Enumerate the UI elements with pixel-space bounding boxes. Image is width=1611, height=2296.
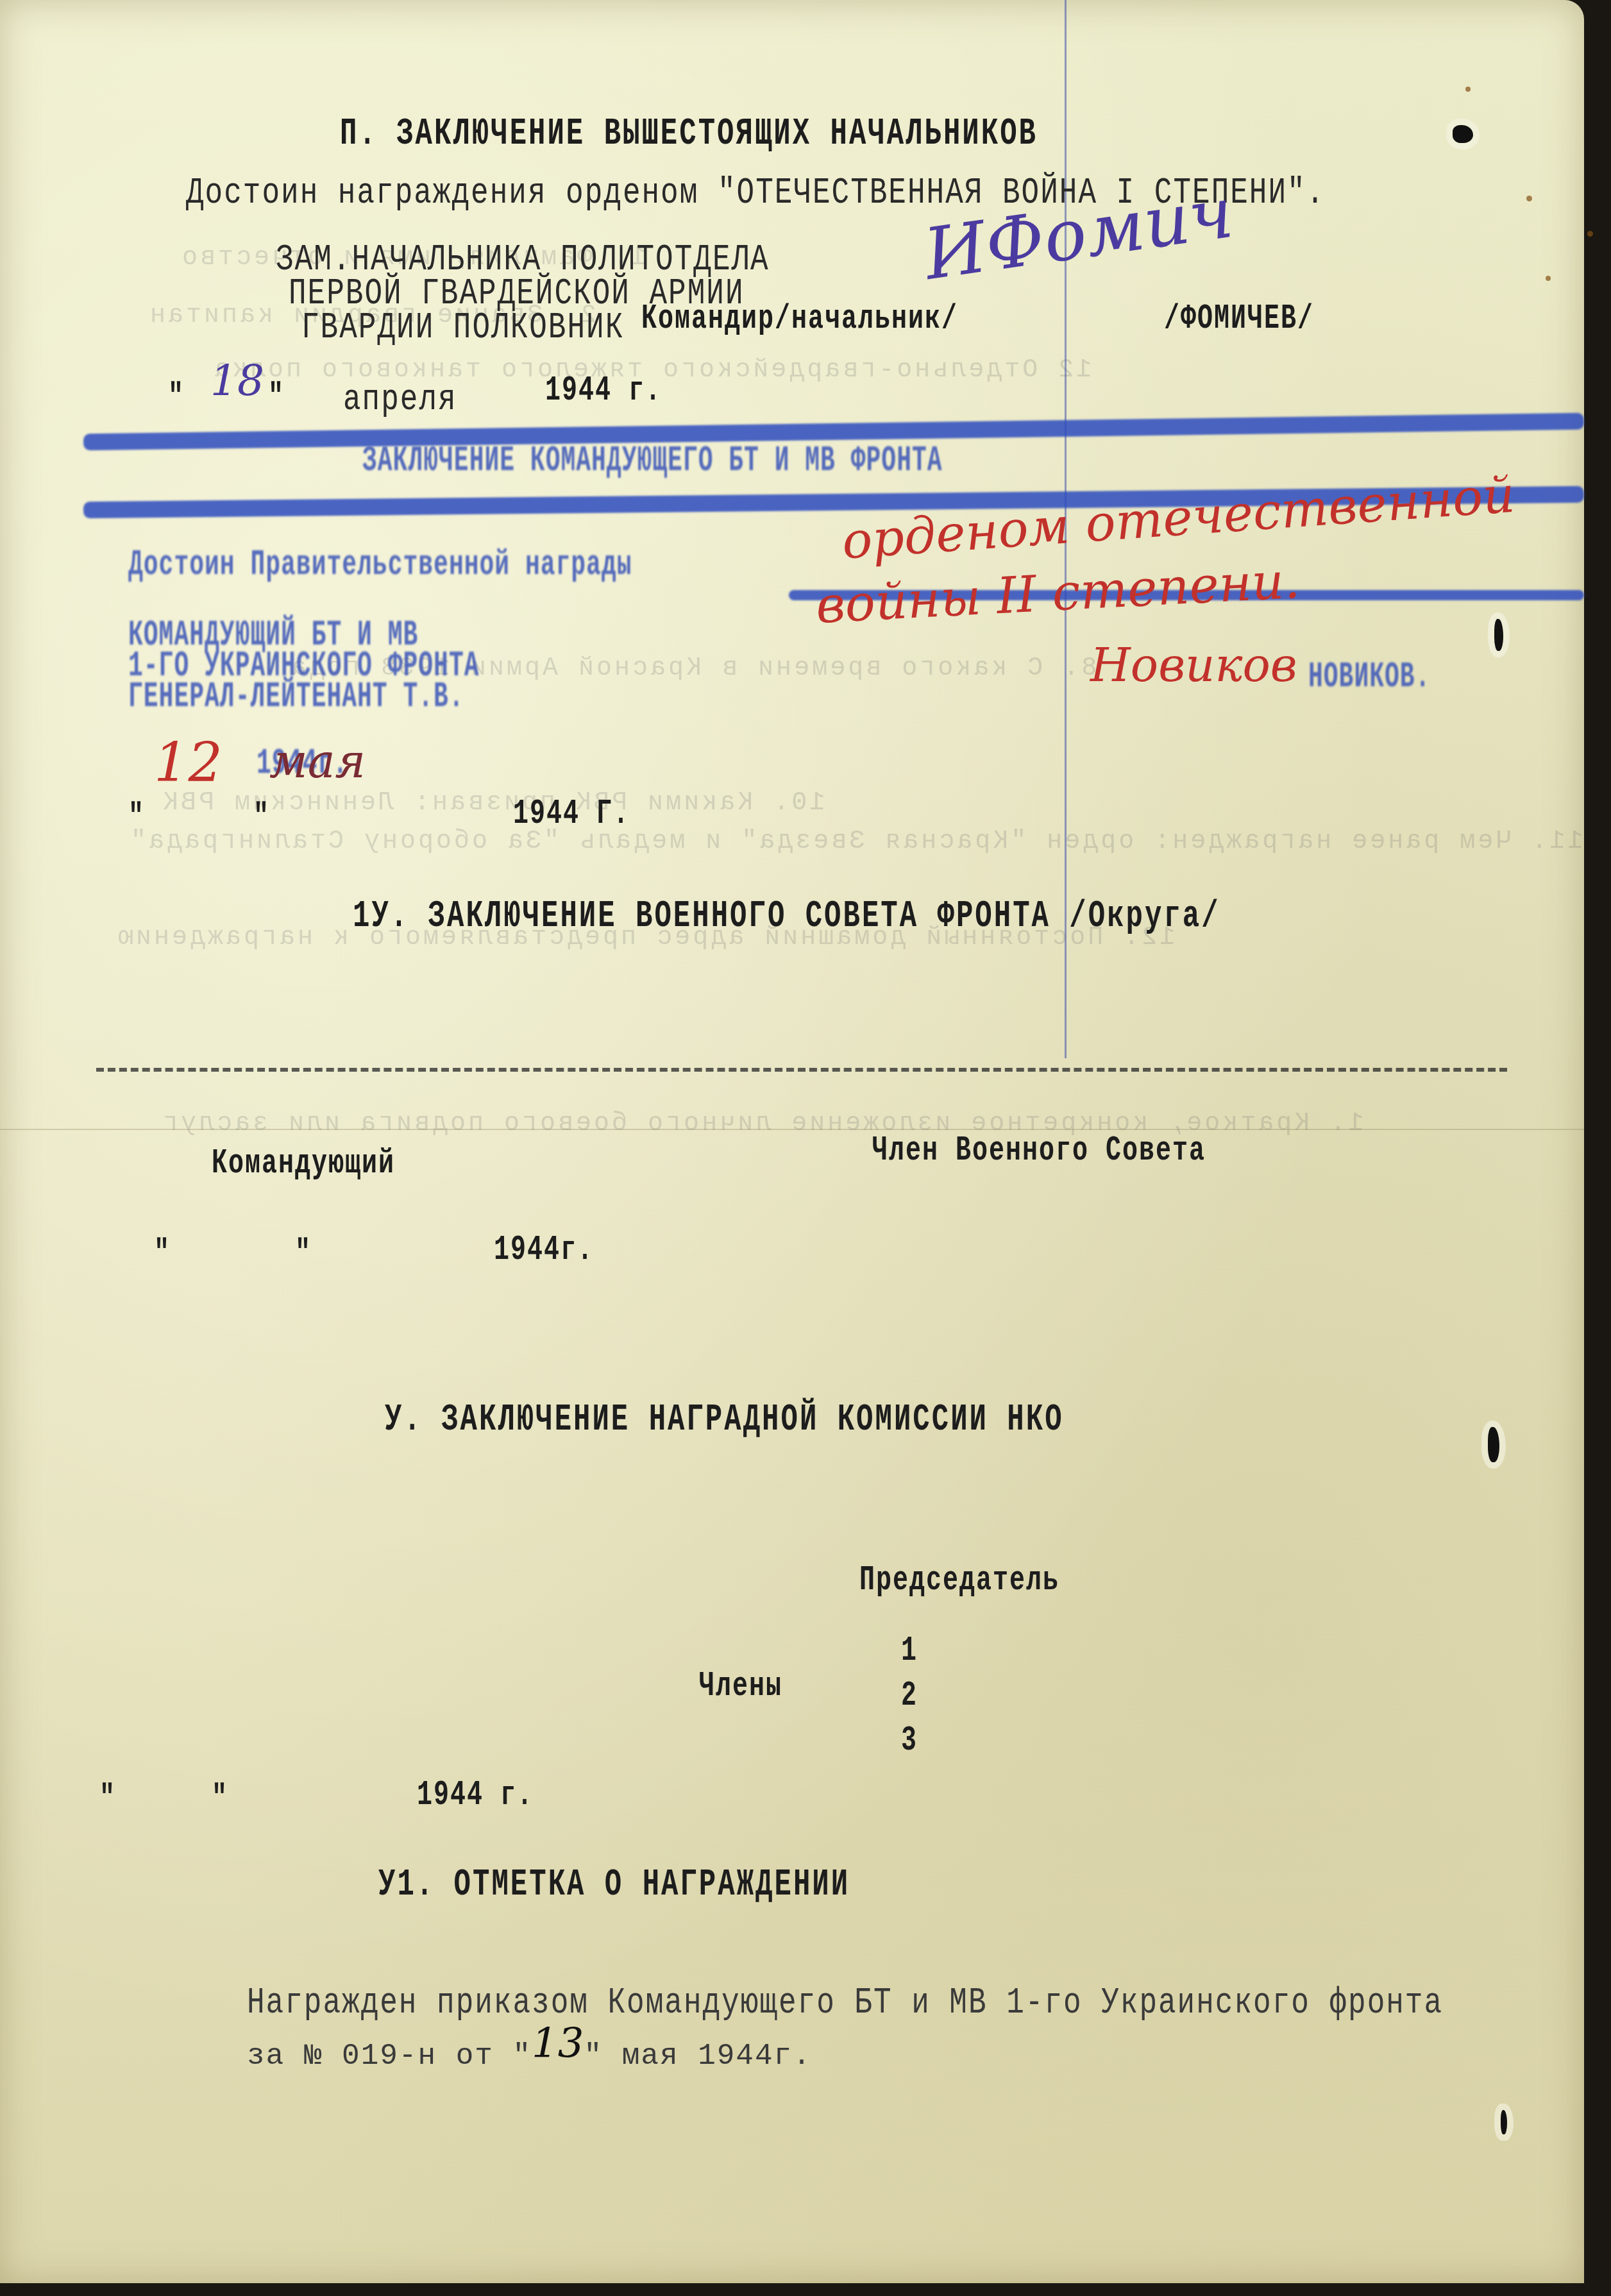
- commander-label: Командующий: [212, 1145, 395, 1184]
- paper-tear: [1501, 2110, 1507, 2134]
- date-quote-close: ": [295, 1235, 312, 1274]
- commander-label: Командир/начальник/: [641, 300, 958, 339]
- section-3-heading: П. ЗАКЛЮЧЕНИЕ ВЫШЕСТОЯЩИХ НАЧАЛЬНИКОВ: [340, 112, 1038, 156]
- member-number: 3: [901, 1722, 918, 1761]
- paper-hole: [1453, 125, 1473, 143]
- foxing-spot: [1526, 196, 1532, 201]
- paper-tear: [1488, 1427, 1499, 1462]
- handwritten-date-day: 12: [154, 731, 223, 794]
- member-number: 1: [901, 1632, 918, 1671]
- foxing-spot: [1465, 87, 1471, 92]
- handwritten-date-month: мая: [269, 734, 366, 788]
- chairman-label: Председатель: [859, 1562, 1059, 1601]
- date-quote-open: ": [168, 378, 185, 418]
- stamp-title-line3: ГЕНЕРАЛ-ЛЕЙТЕНАНТ Т.В.: [128, 677, 464, 717]
- bleed-through-line: 11. Чем ранее награжден: орден "Красная …: [128, 827, 1583, 856]
- date-month: апреля: [343, 378, 457, 420]
- signature-novikov: Новиков: [1090, 638, 1297, 692]
- date-year: 1944 г.: [417, 1777, 534, 1816]
- award-order-date-suffix: " мая 1944г.: [584, 2039, 812, 2073]
- section-4-heading: 1У. ЗАКЛЮЧЕНИЕ ВОЕННОГО СОВЕТА ФРОНТА /О…: [353, 895, 1220, 938]
- stamp-name: НОВИКОВ.: [1308, 657, 1430, 697]
- date-year: 1944г.: [494, 1231, 594, 1270]
- signer-title-line3: ГВАРДИИ ПОЛКОВНИК: [301, 307, 624, 348]
- section-6-heading: У1. ОТМЕТКА О НАГРАЖДЕНИИ: [378, 1863, 850, 1907]
- blank-date-quote-open: ": [128, 798, 145, 838]
- paper-tear: [1494, 619, 1503, 651]
- signer-name: /ФОМИЧЕВ/: [1164, 300, 1314, 339]
- foxing-spot: [1546, 276, 1551, 281]
- council-member-label: Член Военного Совета: [872, 1132, 1206, 1171]
- stamp-verdict: Достоин Правительственной награды: [128, 545, 632, 585]
- award-order-line1: Награжден приказом Командующего БТ и МВ …: [247, 1982, 1443, 2023]
- date-quote-open: ": [154, 1235, 171, 1274]
- section-5-heading: У. ЗАКЛЮЧЕНИЕ НАГРАДНОЙ КОМИССИИ НКО: [385, 1398, 1064, 1442]
- fold-line-horizontal: [0, 1129, 1584, 1130]
- dashed-separator: [96, 1068, 1507, 1072]
- member-number: 2: [901, 1677, 918, 1716]
- blank-date-quote-close: ": [253, 798, 270, 838]
- handwritten-award-line1: орденом отечественной: [840, 466, 1517, 571]
- foxing-spot: [1587, 231, 1593, 237]
- award-order-day-handwritten: 13: [532, 2020, 584, 2068]
- award-order-number: за № 019-н от ": [247, 2039, 532, 2073]
- blank-date-year: 1944 Г.: [513, 795, 630, 834]
- date-quote-open: ": [99, 1780, 116, 1819]
- date-year: 1944 г.: [545, 372, 662, 411]
- date-quote-close: ": [268, 378, 285, 418]
- document-sheet: 1. Фамилия, имя и отчество 2. Звание гва…: [0, 0, 1584, 2283]
- date-day-handwritten: 18: [210, 356, 264, 405]
- members-label: Члены: [699, 1667, 782, 1707]
- date-quote-close: ": [212, 1780, 228, 1819]
- award-order-line2: за № 019-н от "13" мая 1944г.: [247, 2027, 812, 2074]
- stamp-heading: ЗАКЛЮЧЕНИЕ КОМАНДУЮЩЕГО БТ И МВ ФРОНТА: [362, 441, 943, 481]
